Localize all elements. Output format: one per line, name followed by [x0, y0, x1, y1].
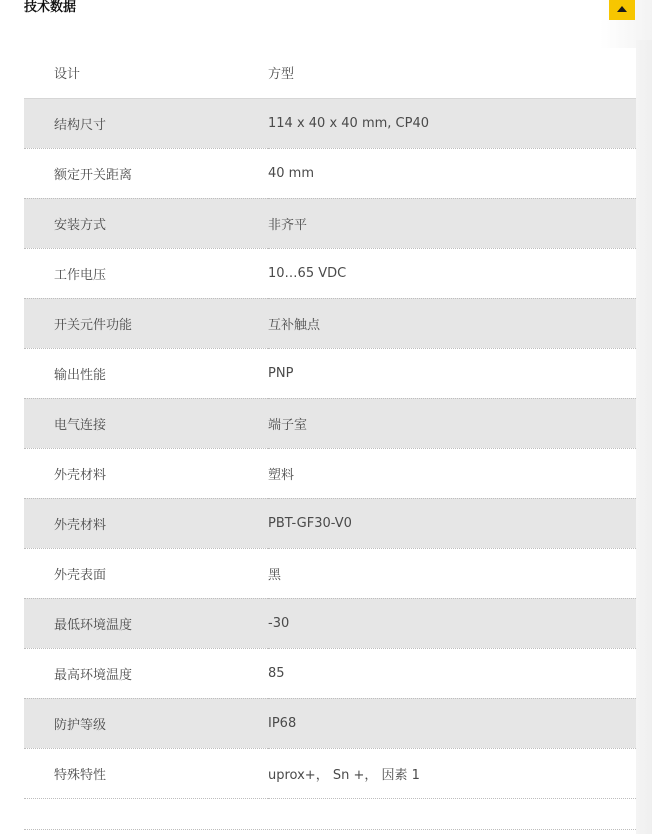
table-row: 外壳材料 塑料 [24, 448, 636, 498]
spec-label: 外壳表面 [24, 548, 268, 598]
spec-value: 方型 [268, 48, 636, 98]
spec-value: 10…65 VDC [268, 248, 636, 298]
spec-value: 85 [268, 648, 636, 698]
tech-data-table: 设计 方型 结构尺寸 114 x 40 x 40 mm, CP40 额定开关距离… [24, 48, 636, 799]
table-row: 工作电压 10…65 VDC [24, 248, 636, 298]
spec-label: 最低环境温度 [24, 598, 268, 648]
spec-value: 黑 [268, 548, 636, 598]
spec-value: 40 mm [268, 148, 636, 198]
table-bottom-divider [24, 829, 636, 830]
spec-value: uprox+， Sn +， 因素 1 [268, 748, 636, 798]
right-page-margin [636, 40, 652, 834]
spec-label: 防护等级 [24, 698, 268, 748]
table-row: 输出性能 PNP [24, 348, 636, 398]
spec-value: 塑料 [268, 448, 636, 498]
table-row: 结构尺寸 114 x 40 x 40 mm, CP40 [24, 98, 636, 148]
spec-label: 外壳材料 [24, 498, 268, 548]
spec-value: 互补触点 [268, 298, 636, 348]
spec-value: -30 [268, 598, 636, 648]
section-title: 技术数据 [24, 0, 76, 18]
table-row: 特殊特性 uprox+， Sn +， 因素 1 [24, 748, 636, 798]
spec-value: 114 x 40 x 40 mm, CP40 [268, 98, 636, 148]
table-row: 最低环境温度 -30 [24, 598, 636, 648]
table-row: 安装方式 非齐平 [24, 198, 636, 248]
spec-value: PBT-GF30-V0 [268, 498, 636, 548]
table-row: 电气连接 端子室 [24, 398, 636, 448]
table-row: 防护等级 IP68 [24, 698, 636, 748]
caret-up-icon [617, 6, 627, 12]
spec-label: 工作电压 [24, 248, 268, 298]
table-row: 外壳材料 PBT-GF30-V0 [24, 498, 636, 548]
table-row: 设计 方型 [24, 48, 636, 98]
spec-value: PNP [268, 348, 636, 398]
table-row: 开关元件功能 互补触点 [24, 298, 636, 348]
spec-label: 最高环境温度 [24, 648, 268, 698]
spec-label: 结构尺寸 [24, 98, 268, 148]
table-row: 额定开关距离 40 mm [24, 148, 636, 198]
spec-label: 开关元件功能 [24, 298, 268, 348]
spec-label: 输出性能 [24, 348, 268, 398]
spec-label: 额定开关距离 [24, 148, 268, 198]
spec-value: IP68 [268, 698, 636, 748]
spec-label: 电气连接 [24, 398, 268, 448]
spec-value: 非齐平 [268, 198, 636, 248]
spec-label: 特殊特性 [24, 748, 268, 798]
spec-label: 外壳材料 [24, 448, 268, 498]
spec-label: 安装方式 [24, 198, 268, 248]
collapse-section-button[interactable] [609, 0, 635, 20]
table-row: 外壳表面 黑 [24, 548, 636, 598]
table-row: 最高环境温度 85 [24, 648, 636, 698]
spec-label: 设计 [24, 48, 268, 98]
spec-value: 端子室 [268, 398, 636, 448]
